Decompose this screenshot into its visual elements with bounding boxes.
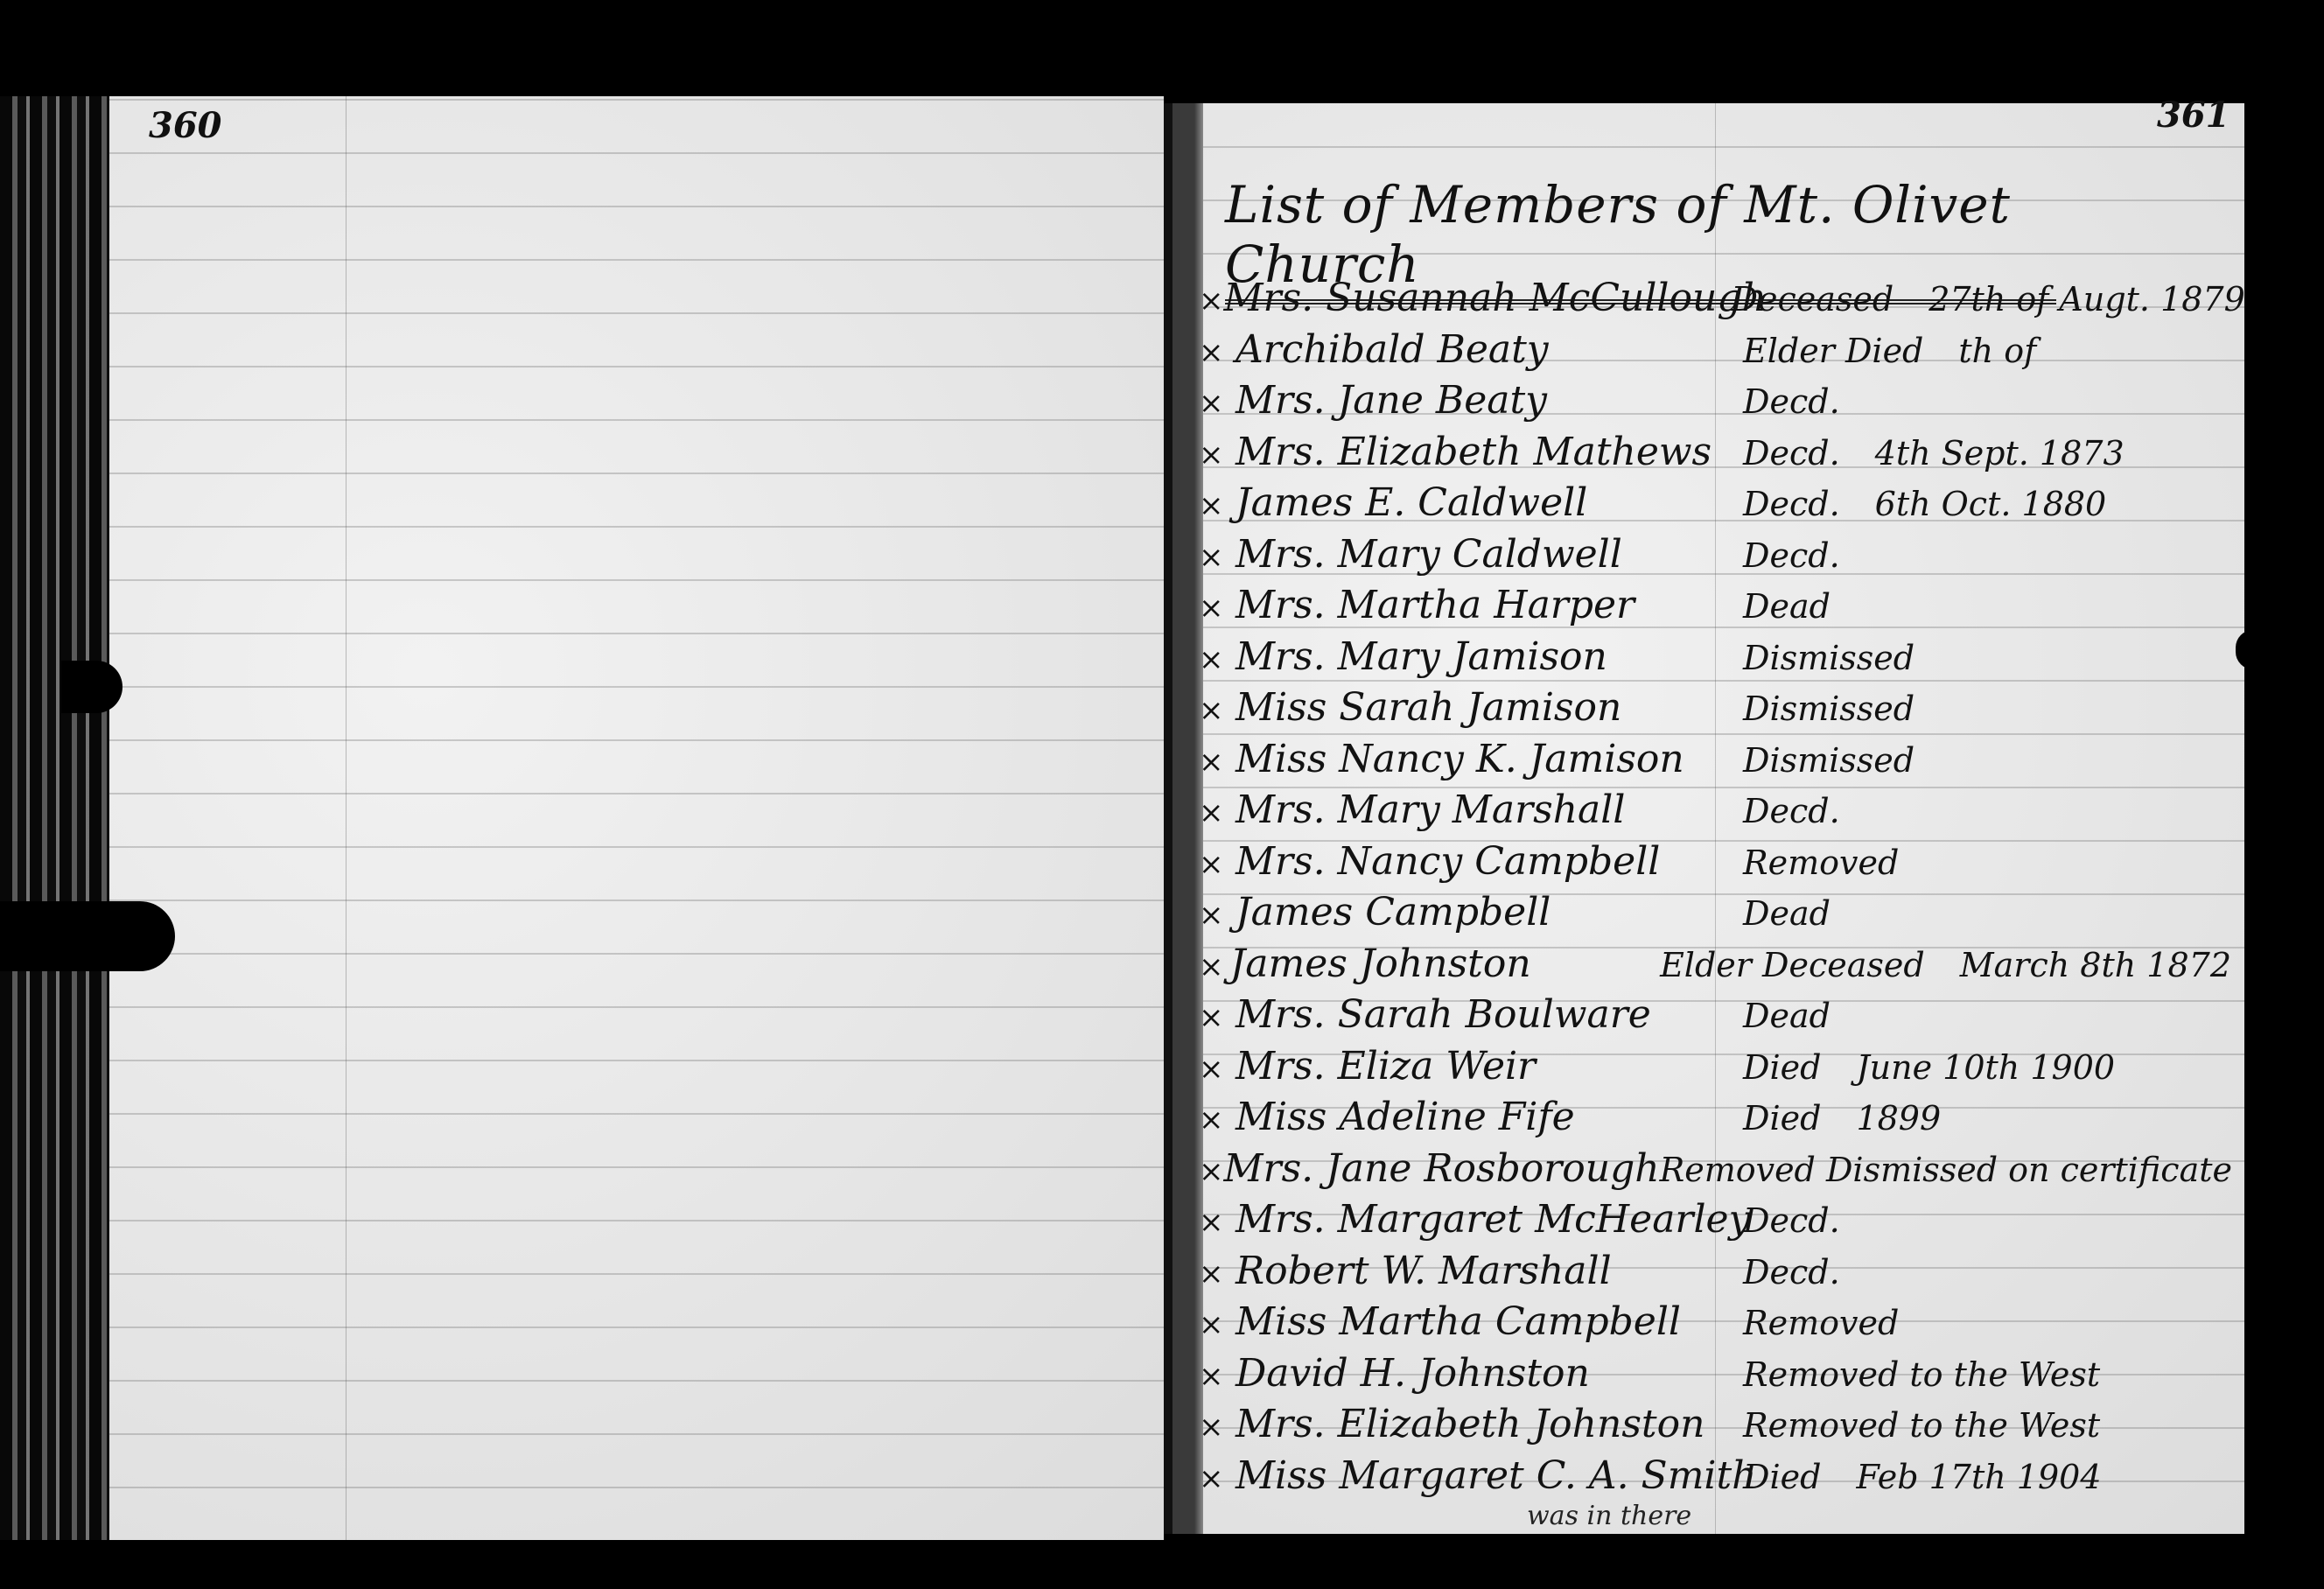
member-row: ×Archibald BeatyElder Diedth of bbox=[1199, 327, 2231, 379]
member-name: Mrs. Sarah Boulware bbox=[1235, 992, 1743, 1037]
member-status: Dead bbox=[1743, 997, 1830, 1035]
member-row: ×Mrs. Jane BeatyDecd. bbox=[1199, 378, 2231, 430]
member-status: Died bbox=[1743, 1048, 1821, 1087]
member-status: Decd. bbox=[1743, 1253, 1840, 1291]
binding-tab-large bbox=[0, 901, 175, 971]
member-row: ×Mrs. Mary CaldwellDecd. bbox=[1199, 532, 2231, 584]
member-row: ×Mrs. Mary JamisonDismissed bbox=[1199, 634, 2231, 686]
left-page-rule bbox=[346, 96, 346, 1540]
right-page-number: 361 bbox=[2157, 94, 2230, 136]
member-name: Mrs. Jane Rosborough bbox=[1224, 1146, 1660, 1191]
member-status: Elder Died bbox=[1743, 332, 1923, 370]
member-row: ×Miss Margaret C. A. SmithDiedFeb 17th 1… bbox=[1199, 1453, 2231, 1505]
member-name: Mrs. Mary Marshall bbox=[1235, 787, 1743, 832]
member-row: ×Mrs. Elizabeth MathewsDecd.4th Sept. 18… bbox=[1199, 430, 2231, 481]
member-status: Dismissed bbox=[1743, 689, 1914, 728]
member-status: Dismissed bbox=[1743, 741, 1914, 780]
check-mark-icon: × bbox=[1199, 488, 1235, 523]
member-status: Decd. bbox=[1743, 434, 1840, 472]
member-row: ×Miss Martha CampbellRemoved bbox=[1199, 1299, 2231, 1351]
member-name: James E. Caldwell bbox=[1235, 480, 1743, 525]
check-mark-icon: × bbox=[1199, 1307, 1235, 1342]
member-name: Mrs. Elizabeth Johnston bbox=[1235, 1402, 1743, 1446]
member-name: Robert W. Marshall bbox=[1235, 1249, 1743, 1293]
member-status: Decd. bbox=[1743, 1201, 1840, 1240]
member-name: Miss Margaret C. A. Smith bbox=[1235, 1453, 1743, 1498]
check-mark-icon: × bbox=[1199, 591, 1235, 626]
member-row: ×Mrs. Margaret McHearleyDecd. bbox=[1199, 1197, 2231, 1249]
check-mark-icon: × bbox=[1199, 642, 1235, 677]
member-name: Mrs. Jane Beaty bbox=[1235, 378, 1743, 423]
member-row: ×Mrs. Elizabeth JohnstonRemoved to the W… bbox=[1199, 1402, 2231, 1453]
member-status: Removed to the West bbox=[1743, 1406, 2100, 1445]
binding-tab-top bbox=[61, 661, 122, 713]
check-mark-icon: × bbox=[1199, 1052, 1235, 1087]
member-name: Miss Martha Campbell bbox=[1235, 1299, 1743, 1344]
check-mark-icon: × bbox=[1199, 1256, 1235, 1291]
member-row: ×Miss Sarah JamisonDismissed bbox=[1199, 685, 2231, 737]
book-page-edges bbox=[0, 96, 109, 1540]
member-row: ×Mrs. Eliza WeirDiedJune 10th 1900 bbox=[1199, 1044, 2231, 1095]
check-mark-icon: × bbox=[1199, 795, 1235, 830]
member-row: ×James JohnstonElder DeceasedMarch 8th 1… bbox=[1199, 941, 2231, 993]
left-page-number: 360 bbox=[149, 105, 222, 146]
member-status: Decd. bbox=[1743, 792, 1840, 830]
member-row: ×Mrs. Sarah BoulwareDead bbox=[1199, 992, 2231, 1044]
member-date: 27th of Augt. 1879 bbox=[1928, 280, 2245, 318]
member-status: Decd. bbox=[1743, 536, 1840, 575]
member-status: Dead bbox=[1743, 587, 1830, 626]
member-name: Mrs. Nancy Campbell bbox=[1235, 839, 1743, 884]
member-name: Mrs. Susannah McCullough bbox=[1224, 276, 1732, 320]
member-row: ×James E. CaldwellDecd.6th Oct. 1880 bbox=[1199, 480, 2231, 532]
member-row: ×Mrs. Martha HarperDead bbox=[1199, 583, 2231, 634]
member-status: Removed to the West bbox=[1743, 1355, 2100, 1394]
member-name: Miss Adeline Fife bbox=[1235, 1095, 1743, 1139]
member-status: Decd. bbox=[1743, 485, 1840, 523]
member-status: Dead bbox=[1743, 894, 1830, 933]
member-status: Decd. bbox=[1743, 382, 1840, 421]
member-date: 1899 bbox=[1856, 1099, 1941, 1137]
check-mark-icon: × bbox=[1199, 1102, 1235, 1137]
member-name: Mrs. Mary Caldwell bbox=[1235, 532, 1743, 577]
member-date: Feb 17th 1904 bbox=[1856, 1458, 2101, 1496]
check-mark-icon: × bbox=[1199, 847, 1235, 882]
member-status: Removed bbox=[1743, 843, 1899, 882]
check-mark-icon: × bbox=[1199, 540, 1235, 575]
member-date: th of bbox=[1958, 332, 2036, 370]
member-name: Mrs. Martha Harper bbox=[1235, 583, 1743, 627]
member-row: ×Mrs. Mary MarshallDecd. bbox=[1199, 787, 2231, 839]
member-list: ×Mrs. Susannah McCulloughDeceased27th of… bbox=[1199, 276, 2231, 1504]
check-mark-icon: × bbox=[1199, 1205, 1235, 1240]
check-mark-icon: × bbox=[1199, 1000, 1235, 1035]
check-mark-icon: × bbox=[1199, 437, 1235, 472]
check-mark-icon: × bbox=[1199, 386, 1235, 421]
member-row: ×Robert W. MarshallDecd. bbox=[1199, 1249, 2231, 1300]
member-row: ×David H. JohnstonRemoved to the West bbox=[1199, 1351, 2231, 1403]
member-name: David H. Johnston bbox=[1235, 1351, 1743, 1396]
member-status: Deceased bbox=[1732, 280, 1894, 318]
member-row: ×James CampbellDead bbox=[1199, 890, 2231, 941]
check-mark-icon: × bbox=[1199, 335, 1235, 370]
member-status: Died bbox=[1743, 1458, 1821, 1496]
member-row: ×Miss Adeline FifeDied1899 bbox=[1199, 1095, 2231, 1146]
member-name: Miss Sarah Jamison bbox=[1235, 685, 1743, 730]
check-mark-icon: × bbox=[1199, 1410, 1235, 1445]
footnote: was in there bbox=[1527, 1501, 1691, 1531]
member-row: ×Mrs. Jane RosboroughRemoved Dismissed o… bbox=[1199, 1146, 2231, 1198]
check-mark-icon: × bbox=[1199, 1154, 1224, 1189]
check-mark-icon: × bbox=[1199, 1461, 1235, 1496]
member-name: Mrs. Elizabeth Mathews bbox=[1235, 430, 1743, 474]
member-name: Mrs. Margaret McHearley bbox=[1235, 1197, 1743, 1242]
member-date: March 8th 1872 bbox=[1960, 946, 2231, 984]
member-name: Mrs. Mary Jamison bbox=[1235, 634, 1743, 679]
member-status: Died bbox=[1743, 1099, 1821, 1137]
member-status: Dismissed bbox=[1743, 639, 1914, 677]
check-mark-icon: × bbox=[1199, 898, 1235, 933]
member-date: 6th Oct. 1880 bbox=[1875, 485, 2107, 523]
member-name: Archibald Beaty bbox=[1235, 327, 1743, 372]
member-name: James Johnston bbox=[1230, 941, 1660, 986]
member-name: Miss Nancy K. Jamison bbox=[1235, 737, 1743, 781]
check-mark-icon: × bbox=[1199, 949, 1230, 984]
member-status: Elder Deceased bbox=[1660, 946, 1925, 984]
left-page bbox=[109, 96, 1164, 1540]
member-status: Removed bbox=[1743, 1304, 1899, 1342]
member-row: ×Miss Nancy K. JamisonDismissed bbox=[1199, 737, 2231, 788]
check-mark-icon: × bbox=[1199, 1359, 1235, 1394]
member-name: Mrs. Eliza Weir bbox=[1235, 1044, 1743, 1088]
member-status: Removed Dismissed on certificate bbox=[1660, 1151, 2232, 1189]
check-mark-icon: × bbox=[1199, 283, 1224, 318]
member-row: ×Mrs. Susannah McCulloughDeceased27th of… bbox=[1199, 276, 2231, 327]
check-mark-icon: × bbox=[1199, 693, 1235, 728]
member-date: 4th Sept. 1873 bbox=[1875, 434, 2124, 472]
book-gutter bbox=[1164, 103, 1203, 1534]
member-name: James Campbell bbox=[1235, 890, 1743, 934]
check-mark-icon: × bbox=[1199, 745, 1235, 780]
member-row: ×Mrs. Nancy CampbellRemoved bbox=[1199, 839, 2231, 891]
member-date: June 10th 1900 bbox=[1856, 1048, 2115, 1087]
